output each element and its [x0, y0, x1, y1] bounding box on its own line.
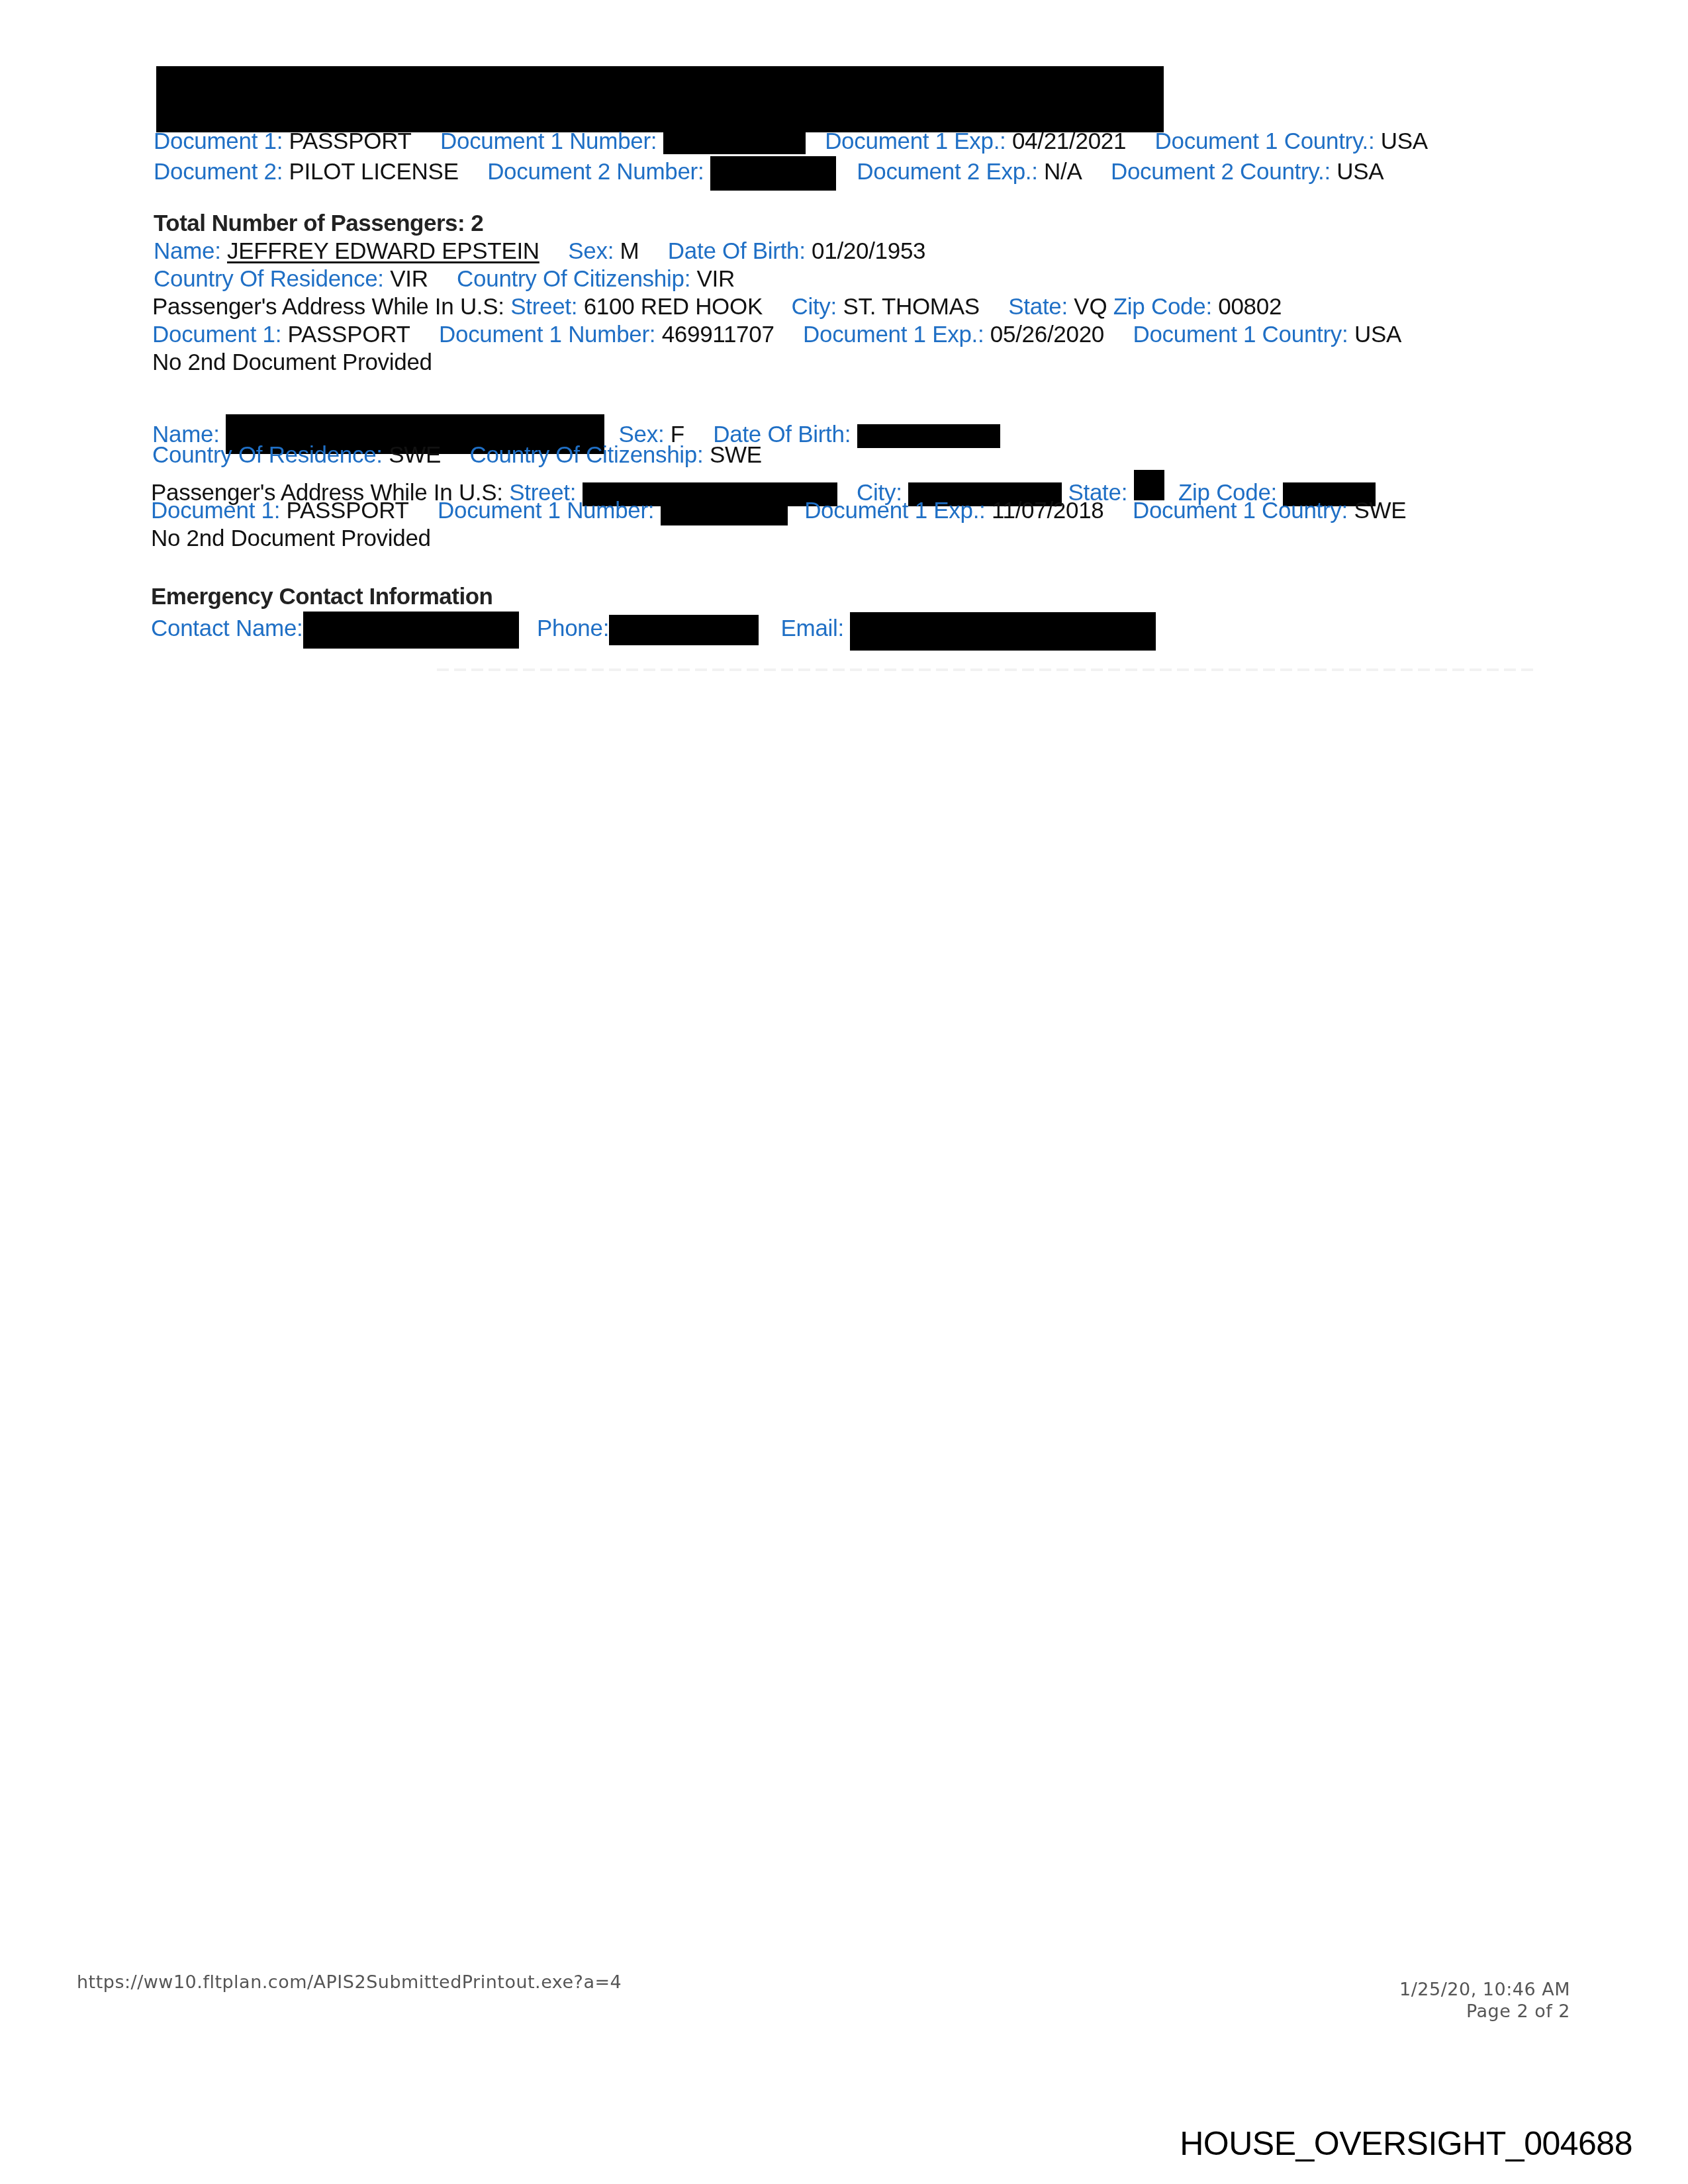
passenger-1-name: JEFFREY EDWARD EPSTEIN: [227, 238, 539, 264]
crew-doc2-country-value: USA: [1336, 159, 1383, 185]
passenger-2-doc1-exp-label: Document 1 Exp.:: [804, 498, 985, 523]
passenger-2-residence: SWE: [389, 442, 441, 468]
passenger-2-doc1-row: Document 1: PASSPORT Document 1 Number: …: [151, 498, 1406, 525]
passenger-1-citizenship-label: Country Of Citizenship:: [457, 266, 690, 292]
crew-doc2-value: PILOT LICENSE: [289, 159, 459, 185]
passenger-1-doc1-country: USA: [1354, 322, 1401, 347]
redaction-emergency-email: [850, 612, 1156, 651]
passenger-2-citizenship-label: Country Of Citizenship:: [469, 442, 703, 468]
passenger-1-doc1-country-label: Document 1 Country:: [1133, 322, 1348, 347]
emergency-phone-label: Phone:: [537, 615, 609, 641]
passenger-1-name-row: Name: JEFFREY EDWARD EPSTEIN Sex: M Date…: [154, 238, 925, 265]
emergency-contact-name-label: Contact Name:: [151, 615, 303, 641]
passenger-2-doc1: PASSPORT: [287, 498, 409, 523]
passenger-1-address-label: Passenger's Address While In U.S:: [152, 294, 504, 320]
footer-url: https://ww10.fltplan.com/APIS2SubmittedP…: [77, 1972, 622, 1993]
passenger-1-city-label: City:: [791, 294, 837, 320]
redaction-emergency-contact-name: [303, 612, 519, 649]
faint-scan-artifact: [437, 668, 1536, 671]
passenger-1-sex-label: Sex:: [568, 238, 614, 264]
emergency-contact-heading: Emergency Contact Information: [151, 584, 492, 610]
passenger-1-address-row: Passenger's Address While In U.S: Street…: [152, 294, 1282, 320]
passenger-2-doc1-country-label: Document 1 Country:: [1133, 498, 1348, 523]
passenger-2-doc1-country: SWE: [1354, 498, 1406, 523]
crew-doc1-exp-value: 04/21/2021: [1012, 128, 1126, 154]
passenger-1-state: VQ: [1074, 294, 1107, 320]
passenger-1-street: 6100 RED HOOK: [584, 294, 763, 320]
crew-doc1-label: Document 1:: [154, 128, 283, 154]
passenger-1-zip-label: Zip Code:: [1113, 294, 1212, 320]
passenger-1-doc1-label: Document 1:: [152, 322, 281, 347]
redaction-passenger-2-state: [1134, 470, 1164, 500]
crew-doc1-number-label: Document 1 Number:: [440, 128, 657, 154]
crew-doc2-exp-label: Document 2 Exp.:: [857, 159, 1037, 185]
redaction-crew-doc2-number: [710, 156, 836, 191]
crew-doc1-value: PASSPORT: [289, 128, 412, 154]
passenger-1-name-label: Name:: [154, 238, 221, 264]
passenger-1-doc1-number-label: Document 1 Number:: [439, 322, 655, 347]
crew-doc2-number-label: Document 2 Number:: [487, 159, 704, 185]
emergency-email-label: Email:: [781, 615, 844, 641]
passenger-2-doc1-exp: 11/07/2018: [992, 498, 1104, 523]
crew-doc1-country-value: USA: [1381, 128, 1428, 154]
passenger-1-doc1: PASSPORT: [288, 322, 410, 347]
passenger-1-sex: M: [620, 238, 639, 264]
passenger-2-residence-label: Country Of Residence:: [152, 442, 383, 468]
passenger-1-dob-label: Date Of Birth:: [668, 238, 806, 264]
emergency-contact-row: Contact Name: Phone: Email:: [151, 612, 1156, 651]
passenger-1-state-label: State:: [1008, 294, 1068, 320]
passenger-2-doc1-label: Document 1:: [151, 498, 280, 523]
passenger-2-no-doc2: No 2nd Document Provided: [151, 525, 431, 552]
passenger-1-doc1-row: Document 1: PASSPORT Document 1 Number: …: [152, 322, 1401, 348]
footer-timestamp: 1/25/20, 10:46 AM: [1399, 1979, 1570, 2001]
passenger-1-doc1-number: 469911707: [662, 322, 774, 347]
passenger-1-residence-label: Country Of Residence:: [154, 266, 384, 292]
passenger-1-residence: VIR: [390, 266, 428, 292]
passenger-1-zip: 00802: [1218, 294, 1282, 320]
passenger-1-street-label: Street:: [510, 294, 577, 320]
crew-doc1-exp-label: Document 1 Exp.:: [825, 128, 1006, 154]
redaction-crew-doc1-number: [663, 132, 806, 154]
crew-doc2-exp-value: N/A: [1044, 159, 1082, 185]
redaction-passenger-2-dob: [857, 424, 1000, 448]
redaction-passenger-2-doc1-number: [661, 499, 788, 525]
redaction-block-header: [156, 66, 1164, 132]
passenger-1-dob: 01/20/1953: [812, 238, 925, 264]
redaction-emergency-phone: [609, 615, 759, 645]
passenger-2-citizenship: SWE: [710, 442, 762, 468]
passenger-1-no-doc2: No 2nd Document Provided: [152, 349, 432, 376]
footer-meta: 1/25/20, 10:46 AM Page 2 of 2: [1399, 1979, 1570, 2023]
passenger-1-city: ST. THOMAS: [843, 294, 979, 320]
passenger-2-country-row: Country Of Residence: SWE Country Of Cit…: [152, 442, 762, 469]
crew-doc1-country-label: Document 1 Country.:: [1155, 128, 1375, 154]
passenger-1-citizenship: VIR: [697, 266, 735, 292]
total-passengers-heading: Total Number of Passengers: 2: [154, 210, 483, 237]
passenger-2-doc1-number-label: Document 1 Number:: [438, 498, 654, 523]
passenger-1-doc1-exp: 05/26/2020: [990, 322, 1104, 347]
crew-doc2-label: Document 2:: [154, 159, 283, 185]
footer-page-number: Page 2 of 2: [1399, 2001, 1570, 2023]
passenger-1-doc1-exp-label: Document 1 Exp.:: [803, 322, 984, 347]
crew-doc2-country-label: Document 2 Country.:: [1111, 159, 1331, 185]
bates-number: HOUSE_OVERSIGHT_004688: [1180, 2124, 1632, 2163]
crew-doc2-row: Document 2: PILOT LICENSE Document 2 Num…: [154, 156, 1383, 191]
passenger-1-country-row: Country Of Residence: VIR Country Of Cit…: [154, 266, 735, 293]
crew-doc1-row: Document 1: PASSPORT Document 1 Number: …: [154, 128, 1428, 155]
